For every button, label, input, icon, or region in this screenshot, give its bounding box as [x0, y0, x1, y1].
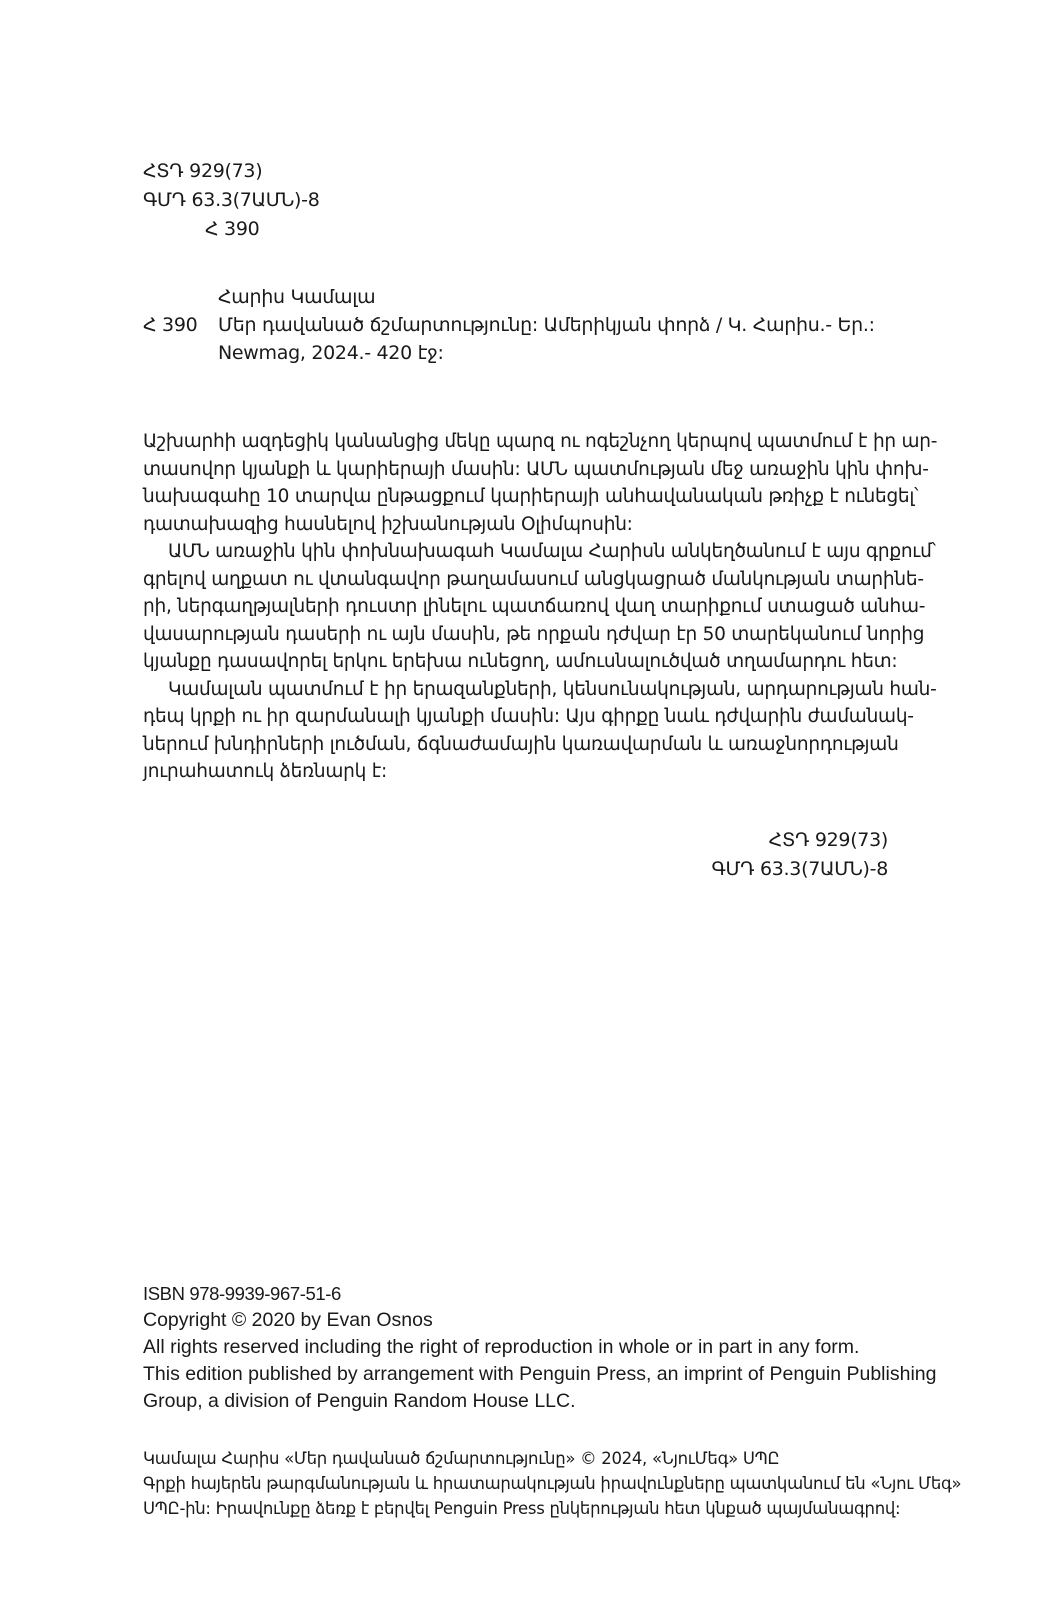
abstract-line: նախագահը 10 տարվա ընթացքում կարիերայի ան…	[143, 483, 888, 511]
rights-reserved: All rights reserved including the right …	[143, 1334, 1003, 1361]
catalog-entry: Հարիս Կամալա Հ 390 Մեր դավանած ճշմարտութ…	[143, 283, 923, 367]
abstract-line: ԱՄՆ առաջին կին փոխնախագահ Կամալա Հարիսն …	[143, 538, 888, 566]
catalog-author: Հարիս Կամալա	[218, 283, 923, 311]
isbn: ISBN 978-9939-967-51-6	[143, 1280, 1003, 1307]
abstract-line: րի, ներգաղթյալների դուստր լինելու պատճառ…	[143, 593, 888, 621]
copyright-block-armenian: Կամալա Հարիս «Մեր դավանած ճշմարտությունը…	[143, 1446, 1003, 1521]
abstract-line: Աշխարհի ազդեցիկ կանանցից մեկը պարզ ու ոգ…	[143, 428, 888, 456]
catalog-code: Հ 390	[143, 311, 218, 339]
abstract-line: դատախազից հասնելով իշխանության Օլիմպոսին…	[143, 511, 888, 539]
armenian-rights-note: Գրքի հայերեն թարգմանության և հրատարակութ…	[143, 1471, 1003, 1496]
copyright-block-english: ISBN 978-9939-967-51-6 Copyright © 2020 …	[143, 1280, 1003, 1415]
armenian-copyright: Կամալա Հարիս «Մեր դավանած ճշմարտությունը…	[143, 1446, 1003, 1471]
edition-note: Group, a division of Penguin Random Hous…	[143, 1388, 1003, 1415]
catalog-title: Մեր դավանած ճշմարտությունը: Ամերիկյան փո…	[218, 311, 923, 339]
lbc-code: ԳՄԴ 63.3(7ԱՄՆ)-8	[711, 855, 888, 884]
abstract-line: Կամալան պատմում է իր երազանքների, կենսու…	[143, 676, 888, 704]
classification-codes-top: ՀՏԴ 929(73) ԳՄԴ 63.3(7ԱՄՆ)-8 Հ 390	[143, 157, 320, 244]
catalog-publisher: Newmag, 2024.- 420 էջ:	[218, 339, 923, 367]
armenian-rights-note: ՍՊԸ-ին: Իրավունքը ձեռք է բերվել Penguin …	[143, 1496, 1003, 1521]
edition-note: This edition published by arrangement wi…	[143, 1361, 1003, 1388]
abstract-line: գրելով աղքատ ու վտանգավոր թաղամասում անց…	[143, 566, 888, 594]
abstract-line: կյանքը դասավորել երկու երեխա ունեցող, ամ…	[143, 648, 888, 676]
author-mark: Հ 390	[143, 215, 320, 244]
abstract-line: վասարության դասերի ու այն մասին, թե որքա…	[143, 621, 888, 649]
lbc-code: ԳՄԴ 63.3(7ԱՄՆ)-8	[143, 186, 320, 215]
abstract-line: յուրահատուկ ձեռնարկ է:	[143, 758, 888, 786]
abstract-line: դեպ կրքի ու իր զարմանալի կյանքի մասին: Ա…	[143, 703, 888, 731]
book-abstract: Աշխարհի ազդեցիկ կանանցից մեկը պարզ ու ոգ…	[143, 428, 888, 786]
copyright-notice: Copyright © 2020 by Evan Osnos	[143, 1307, 1003, 1334]
classification-codes-bottom: ՀՏԴ 929(73) ԳՄԴ 63.3(7ԱՄՆ)-8	[711, 826, 888, 884]
udc-code: ՀՏԴ 929(73)	[711, 826, 888, 855]
abstract-line: տասովոր կյանքի և կարիերայի մասին: ԱՄՆ պա…	[143, 456, 888, 484]
book-imprint-page: ՀՏԴ 929(73) ԳՄԴ 63.3(7ԱՄՆ)-8 Հ 390 Հարիս…	[0, 0, 1063, 1614]
udc-code: ՀՏԴ 929(73)	[143, 157, 320, 186]
abstract-line: ներում խնդիրների լուծման, ճգնաժամային կա…	[143, 731, 888, 759]
